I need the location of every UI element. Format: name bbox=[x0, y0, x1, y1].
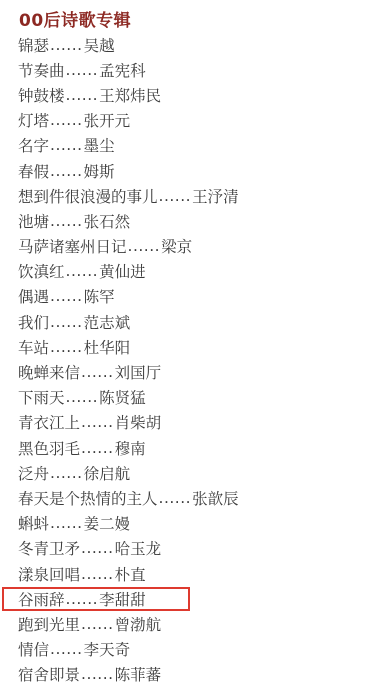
poem-title: 钟鼓楼 bbox=[18, 84, 65, 106]
poem-title: 车站 bbox=[18, 336, 49, 358]
dots-separator: ...... bbox=[80, 363, 115, 381]
dots-separator: ...... bbox=[49, 313, 84, 331]
poem-entry-row: 我们......范志斌 bbox=[0, 309, 371, 334]
poem-entry-row: 蝌蚪......姜二嫚 bbox=[0, 511, 371, 536]
poem-author: 徐启航 bbox=[84, 462, 131, 484]
poem-author: 杜华阳 bbox=[84, 336, 131, 358]
poem-title: 冬青卫矛 bbox=[18, 537, 80, 559]
poem-author: 李甜甜 bbox=[99, 588, 146, 610]
poem-entry-row: 马萨诸塞州日记......梁京 bbox=[0, 234, 371, 259]
dots-separator: ...... bbox=[65, 61, 100, 79]
poem-author: 王汿清 bbox=[192, 185, 239, 207]
dots-separator: ...... bbox=[80, 665, 115, 683]
poem-entry-row: 锦瑟......吴越 bbox=[0, 32, 371, 57]
dots-separator: ...... bbox=[65, 388, 100, 406]
poem-author: 哈玉龙 bbox=[115, 537, 162, 559]
poem-title: 青衣江上 bbox=[18, 411, 80, 433]
poem-entry-row: 钟鼓楼......王郑炜民 bbox=[0, 82, 371, 107]
dots-separator: ...... bbox=[80, 565, 115, 583]
poem-entry-row: 冬青卫矛......哈玉龙 bbox=[0, 536, 371, 561]
dots-separator: ...... bbox=[65, 590, 100, 608]
dots-separator: ...... bbox=[49, 640, 84, 658]
dots-separator: ...... bbox=[65, 86, 100, 104]
poem-title: 宿舍即景 bbox=[18, 663, 80, 684]
poem-author: 孟宪科 bbox=[99, 59, 146, 81]
poem-title: 下雨天 bbox=[18, 386, 65, 408]
poem-author: 姆斯 bbox=[84, 160, 115, 182]
dots-separator: ...... bbox=[80, 413, 115, 431]
poem-author: 张石然 bbox=[84, 210, 131, 232]
poem-title: 黑色羽毛 bbox=[18, 437, 80, 459]
poem-entry-row: 宿舍即景......陈菲蕃 bbox=[0, 662, 371, 684]
dots-separator: ...... bbox=[80, 539, 115, 557]
poem-author: 范志斌 bbox=[84, 311, 131, 333]
poem-author: 王郑炜民 bbox=[99, 84, 161, 106]
poem-entry-row: 春天是个热情的主人......张歆辰 bbox=[0, 485, 371, 510]
poem-entry-row: 偶遇......陈罕 bbox=[0, 284, 371, 309]
poem-author: 陈罕 bbox=[84, 285, 115, 307]
poem-author: 朴直 bbox=[115, 563, 146, 585]
poem-title: 偶遇 bbox=[18, 285, 49, 307]
poem-title: 谷雨辞 bbox=[18, 588, 65, 610]
poem-title: 想到件很浪漫的事儿 bbox=[18, 185, 158, 207]
dots-separator: ...... bbox=[49, 338, 84, 356]
poem-entry-row: 饮滇红......黄仙进 bbox=[0, 259, 371, 284]
poem-title: 晚蝉来信 bbox=[18, 361, 80, 383]
poem-author: 刘国厅 bbox=[115, 361, 162, 383]
dots-separator: ...... bbox=[49, 287, 84, 305]
poem-title: 情信 bbox=[18, 638, 49, 660]
poem-entry-row: 青衣江上......肖柴胡 bbox=[0, 410, 371, 435]
poem-entry-row: 池塘......张石然 bbox=[0, 208, 371, 233]
dots-separator: ...... bbox=[49, 36, 84, 54]
poem-title: 灯塔 bbox=[18, 109, 49, 131]
poem-title: 马萨诸塞州日记 bbox=[18, 235, 127, 257]
poem-author: 吴越 bbox=[84, 34, 115, 56]
poem-title: 饮滇红 bbox=[18, 260, 65, 282]
poem-author: 墨尘 bbox=[84, 134, 115, 156]
poem-title: 名字 bbox=[18, 134, 49, 156]
poem-entry-row: 泛舟......徐启航 bbox=[0, 460, 371, 485]
dots-separator: ...... bbox=[49, 162, 84, 180]
dots-separator: ...... bbox=[80, 439, 115, 457]
poem-author: 张歆辰 bbox=[192, 487, 239, 509]
poem-entry-row: 灯塔......张开元 bbox=[0, 108, 371, 133]
dots-separator: ...... bbox=[65, 262, 100, 280]
poem-author: 陈菲蕃 bbox=[115, 663, 162, 684]
dots-separator: ...... bbox=[127, 237, 162, 255]
page-title: 00后诗歌专辑 bbox=[0, 5, 371, 32]
dots-separator: ...... bbox=[158, 187, 193, 205]
poem-entry-row: 晚蝉来信......刘国厅 bbox=[0, 359, 371, 384]
poem-entry-row: 情信......李天奇 bbox=[0, 637, 371, 662]
poem-entry-row: 名字......墨尘 bbox=[0, 133, 371, 158]
poem-title: 漾泉回唱 bbox=[18, 563, 80, 585]
poem-author: 梁京 bbox=[161, 235, 192, 257]
poem-entry-row: 黑色羽毛......穆南 bbox=[0, 435, 371, 460]
dots-separator: ...... bbox=[158, 489, 193, 507]
poem-title: 我们 bbox=[18, 311, 49, 333]
poem-title: 春假 bbox=[18, 160, 49, 182]
poem-author: 穆南 bbox=[115, 437, 146, 459]
poem-author: 李天奇 bbox=[84, 638, 131, 660]
dots-separator: ...... bbox=[49, 514, 84, 532]
poem-entry-row: 谷雨辞......李甜甜 bbox=[0, 586, 371, 611]
poem-title: 池塘 bbox=[18, 210, 49, 232]
poem-entry-row: 节奏曲......孟宪科 bbox=[0, 57, 371, 82]
dots-separator: ...... bbox=[49, 212, 84, 230]
dots-separator: ...... bbox=[49, 464, 84, 482]
poem-author: 张开元 bbox=[84, 109, 131, 131]
poem-entry-row: 车站......杜华阳 bbox=[0, 334, 371, 359]
dots-separator: ...... bbox=[49, 136, 84, 154]
poem-title: 春天是个热情的主人 bbox=[18, 487, 158, 509]
poem-author: 曾渤航 bbox=[115, 613, 162, 635]
dots-separator: ...... bbox=[80, 615, 115, 633]
poem-title: 蝌蚪 bbox=[18, 512, 49, 534]
poem-album-page: 00后诗歌专辑 锦瑟......吴越节奏曲......孟宪科钟鼓楼......王… bbox=[0, 0, 371, 684]
highlight-annotation-box: 谷雨辞......李甜甜 bbox=[2, 587, 190, 611]
poem-author: 肖柴胡 bbox=[115, 411, 162, 433]
poem-list: 锦瑟......吴越节奏曲......孟宪科钟鼓楼......王郑炜民灯塔...… bbox=[0, 32, 371, 684]
poem-author: 姜二嫚 bbox=[84, 512, 131, 534]
poem-author: 黄仙进 bbox=[99, 260, 146, 282]
poem-title: 泛舟 bbox=[18, 462, 49, 484]
poem-title: 节奏曲 bbox=[18, 59, 65, 81]
poem-author: 陈贤猛 bbox=[99, 386, 146, 408]
poem-title: 锦瑟 bbox=[18, 34, 49, 56]
poem-entry-row: 跑到光里......曾渤航 bbox=[0, 611, 371, 636]
poem-entry-row: 想到件很浪漫的事儿......王汿清 bbox=[0, 183, 371, 208]
poem-entry-row: 下雨天......陈贤猛 bbox=[0, 385, 371, 410]
poem-entry-row: 漾泉回唱......朴直 bbox=[0, 561, 371, 586]
poem-title: 跑到光里 bbox=[18, 613, 80, 635]
dots-separator: ...... bbox=[49, 111, 84, 129]
poem-entry-row: 春假......姆斯 bbox=[0, 158, 371, 183]
